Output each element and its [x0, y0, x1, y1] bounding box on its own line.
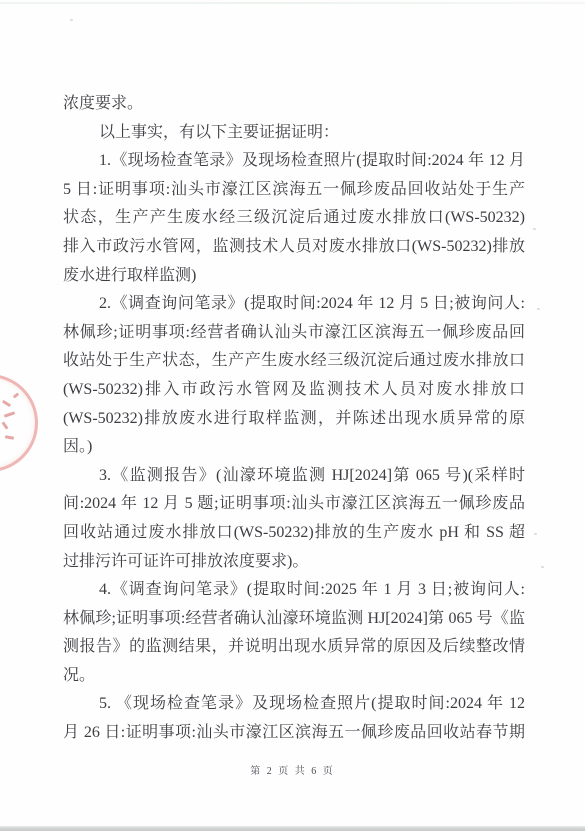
scan-bottom-edge-bar — [0, 826, 585, 831]
scanned-document-page: 浓度要求。以上事实，有以下主要证据证明：1.《现场检查笔录》及现场检查照片(提取… — [0, 0, 585, 831]
text-line: 回收站通过废水排放口(WS-50232)排放的生产废水 pH 和 SS 超 — [63, 519, 525, 548]
scan-speck — [541, 566, 544, 568]
scan-top-edge — [0, 2, 585, 4]
scan-speck — [533, 228, 536, 230]
text-line: 间:2024 年 12 月 5 题;证明事项:汕头市濠江区滨海五一佩珍废品 — [63, 490, 525, 519]
text-line: 林佩珍;证明事项:经营者确认汕濠环境监测 HJ[2024]第 065 号《监 — [63, 605, 525, 634]
text-line: 测报告》的监测结果，并说明出现水质异常的原因及后续整改情 — [63, 633, 525, 662]
text-line: 废水进行取样监测) — [63, 262, 525, 291]
text-line: 4.《调查询问笔录》(提取时间:2025 年 1 月 3 日;被询问人: — [63, 576, 525, 605]
scan-speck — [534, 533, 537, 535]
text-line: 浓度要求。 — [63, 90, 525, 119]
text-line: 5 日:证明事项:汕头市濠江区滨海五一佩珍废品回收站处于生产 — [63, 176, 525, 205]
red-seal-stamp — [0, 368, 44, 479]
text-line: 2.《调查询问笔录》(提取时间:2024 年 12 月 5 日;被询问人: — [63, 290, 525, 319]
page-number-footer: 第 2 页 共 6 页 — [0, 762, 585, 777]
text-line: 1.《现场检查笔录》及现场检查照片(提取时间:2024 年 12 月 — [63, 147, 525, 176]
text-line: 收站处于生产状态，生产产生废水经三级沉淀后通过废水排放口 — [63, 347, 525, 376]
text-line: 过排污许可证许可排放浓度要求)。 — [63, 548, 525, 577]
text-line: 5. 《现场检查笔录》及现场检查照片(提取时间:2024 年 12 — [63, 690, 525, 719]
text-line: 月 26 日:证明事项:汕头市濠江区滨海五一佩珍废品回收站春节期 — [63, 719, 525, 748]
text-line: 3.《监测报告》(汕濠环境监测 HJ[2024]第 065 号)(采样时 — [63, 462, 525, 491]
text-line: 因。) — [63, 433, 525, 462]
text-line: 林佩珍;证明事项:经营者确认汕头市濠江区滨海五一佩珍废品回 — [63, 319, 525, 348]
scan-speck — [537, 308, 540, 310]
text-line: 状态，生产产生废水经三级沉淀后通过废水排放口(WS-50232) — [63, 204, 525, 233]
text-line: 以上事实，有以下主要证据证明： — [63, 119, 525, 148]
text-line: (WS-50232)排入市政污水管网及监测技术人员对废水排放口 — [63, 376, 525, 405]
document-body-text: 浓度要求。以上事实，有以下主要证据证明：1.《现场检查笔录》及现场检查照片(提取… — [63, 90, 525, 748]
text-line: (WS-50232)排放废水进行取样监测，并陈述出现水质异常的原 — [63, 405, 525, 434]
scan-speck — [70, 19, 73, 21]
text-line: 况。 — [63, 662, 525, 691]
text-line: 排入市政污水管网，监测技术人员对废水排放口(WS-50232)排放 — [63, 233, 525, 262]
